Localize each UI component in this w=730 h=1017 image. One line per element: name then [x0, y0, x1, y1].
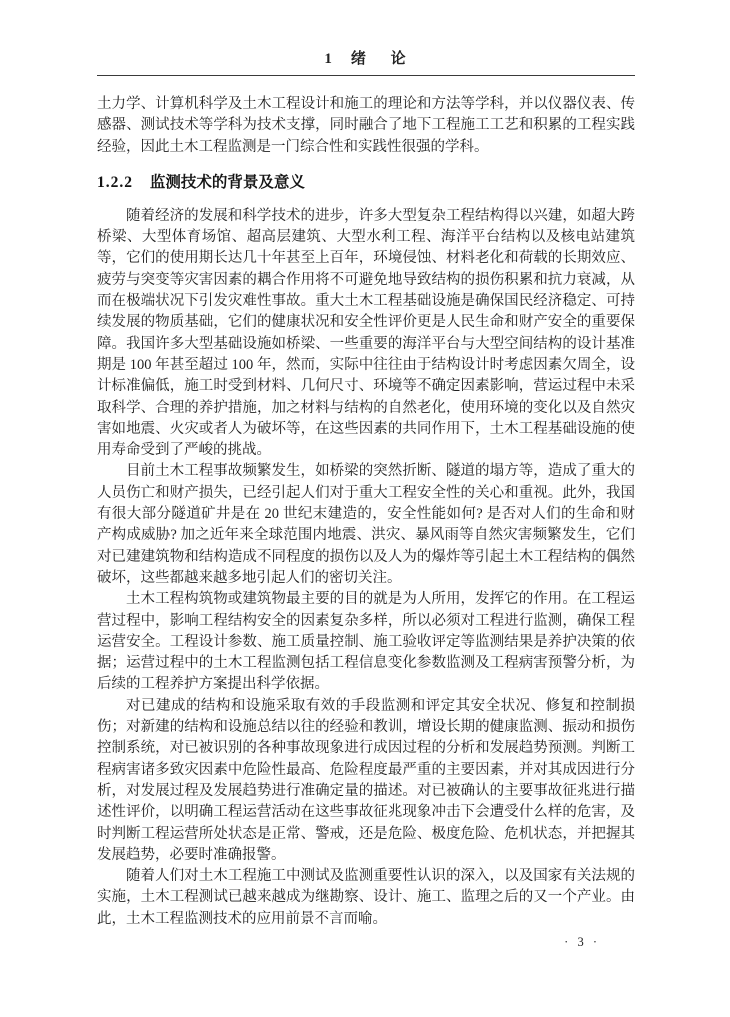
running-header: 1 绪 论	[97, 50, 635, 76]
document-page: 1 绪 论 土力学、计算机科学及土木工程设计和施工的理论和方法等学科，并以仪器仪…	[0, 0, 730, 1017]
header-rule	[97, 75, 635, 76]
page-footer: · 3 ·	[564, 933, 600, 951]
section-heading: 1.2.2 监测技术的背景及意义	[97, 172, 635, 194]
page-body: 土力学、计算机科学及土木工程设计和施工的理论和方法等学科，并以仪器仪表、传感器、…	[97, 94, 635, 930]
section-number: 1.2.2	[97, 172, 133, 194]
chapter-title: 1 绪 论	[97, 50, 635, 68]
paragraph-background: 随着经济的发展和科学技术的进步，许多大型复杂工程结构得以兴建，如超大跨桥梁、大型…	[97, 206, 635, 462]
paragraph-accidents: 目前土木工程事故频繁发生，如桥梁的突然折断、隧道的塌方等，造成了重大的人员伤亡和…	[97, 461, 635, 589]
paragraph-continuation: 土力学、计算机科学及土木工程设计和施工的理论和方法等学科，并以仪器仪表、传感器、…	[97, 94, 635, 158]
page-number: · 3 ·	[564, 935, 600, 949]
paragraph-outlook: 随着人们对土木工程施工中测试及监测重要性认识的深入，以及国家有关法规的实施，土木…	[97, 866, 635, 930]
paragraph-measures: 对已建成的结构和设施采取有效的手段监测和评定其安全状况、修复和控制损伤；对新建的…	[97, 696, 635, 866]
section-title: 监测技术的背景及意义	[150, 174, 305, 191]
paragraph-purpose: 土木工程构筑物或建筑物最主要的目的就是为人所用，发挥它的作用。在工程运营过程中，…	[97, 589, 635, 695]
